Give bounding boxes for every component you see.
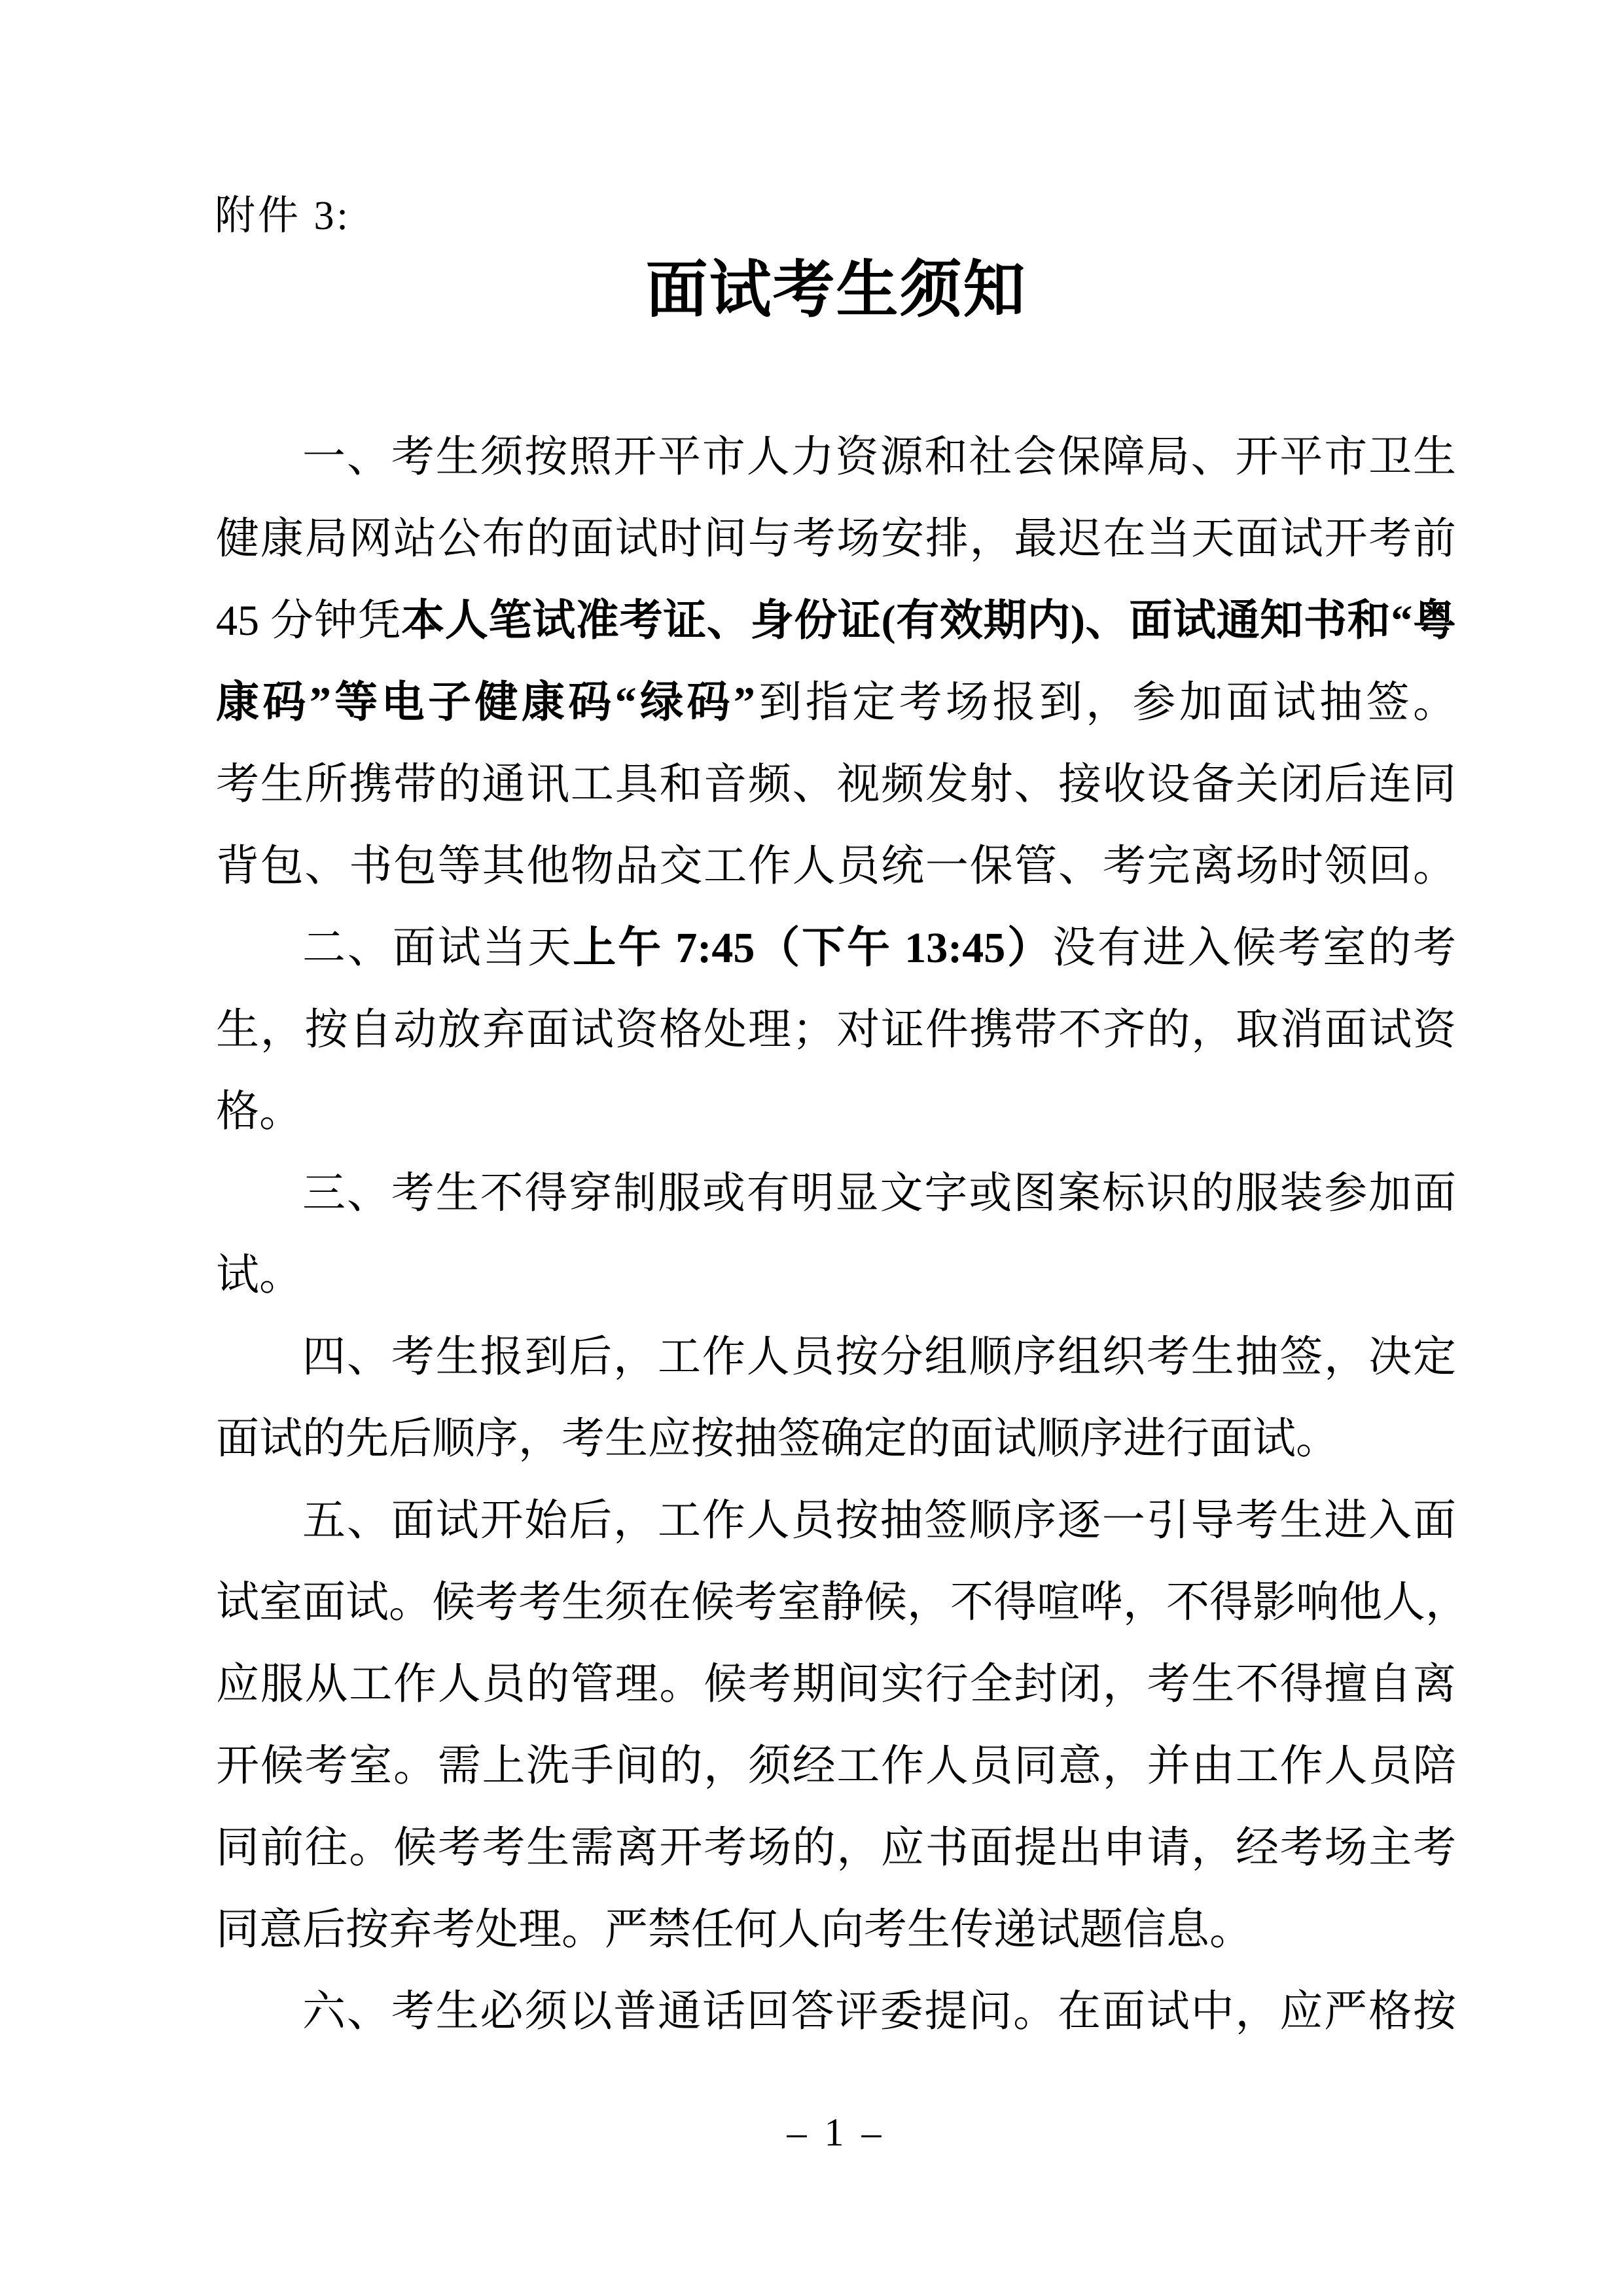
text-line: 生，按自动放弃面试资格处理；对证件携带不齐的，取消面试资 bbox=[216, 989, 1456, 1071]
text-line: 五、面试开始后，工作人员按抽签顺序逐一引导考生进入面 bbox=[216, 1480, 1456, 1562]
document-body: 一、考生须按照开平市人力资源和社会保障局、开平市卫生 健康局网站公布的面试时间与… bbox=[216, 416, 1456, 2053]
text-line: 二、面试当天上午 7:45（下午 13:45）没有进入候考室的考 bbox=[216, 907, 1456, 989]
attachment-label: 附件 3: bbox=[215, 192, 351, 240]
text-segment: 四、考生报到后，工作人员按分组顺序组织考生抽签，决定 bbox=[302, 1333, 1456, 1381]
text-line: 45 分钟凭本人笔试准考证、身份证(有效期内)、面试通知书和“粤 bbox=[216, 580, 1456, 662]
text-line: 试室面试。候考考生须在候考室静候，不得喧哗，不得影响他人， bbox=[216, 1562, 1456, 1643]
text-segment: 一、考生须按照开平市人力资源和社会保障局、开平市卫生 bbox=[302, 433, 1456, 481]
document-title: 面试考生须知 bbox=[216, 254, 1456, 326]
text-segment: 面试的先后顺序，考生应按抽签确定的面试顺序进行面试。 bbox=[216, 1415, 1339, 1463]
text-segment: 同意后按弃考处理。严禁任何人向考生传递试题信息。 bbox=[216, 1906, 1253, 1954]
text-segment: 试室面试。候考考生须在候考室静候，不得喧哗，不得影响他人， bbox=[216, 1579, 1469, 1626]
text-line: 六、考生必须以普通话回答评委提问。在面试中，应严格按 bbox=[216, 1971, 1456, 2053]
text-segment-bold: 本人笔试准考证、身份证(有效期内)、面试通知书和“粤 bbox=[401, 597, 1456, 645]
text-segment: 应服从工作人员的管理。候考期间实行全封闭，考生不得擅自离 bbox=[216, 1660, 1456, 1708]
text-segment: 三、考生不得穿制服或有明显文字或图案标识的服装参加面 bbox=[302, 1170, 1456, 1217]
text-line: 面试的先后顺序，考生应按抽签确定的面试顺序进行面试。 bbox=[216, 1398, 1456, 1480]
text-segment: 考生所携带的通讯工具和音频、视频发射、接收设备关闭后连同 bbox=[216, 761, 1456, 808]
text-line: 背包、书包等其他物品交工作人员统一保管、考完离场时领回。 bbox=[216, 825, 1456, 907]
text-segment: 五、面试开始后，工作人员按抽签顺序逐一引导考生进入面 bbox=[302, 1497, 1456, 1545]
text-line: 健康局网站公布的面试时间与考场安排，最迟在当天面试开考前 bbox=[216, 498, 1456, 580]
text-line: 应服从工作人员的管理。候考期间实行全封闭，考生不得擅自离 bbox=[216, 1643, 1456, 1725]
text-segment: 到指定考场报到，参加面试抽签。 bbox=[755, 679, 1456, 726]
text-line: 同意后按弃考处理。严禁任何人向考生传递试题信息。 bbox=[216, 1889, 1456, 1971]
text-line: 四、考生报到后，工作人员按分组顺序组织考生抽签，决定 bbox=[216, 1316, 1456, 1398]
text-segment-bold: 康码”等电子健康码“绿码” bbox=[216, 679, 755, 726]
text-line: 一、考生须按照开平市人力资源和社会保障局、开平市卫生 bbox=[216, 416, 1456, 498]
text-segment: 生，按自动放弃面试资格处理；对证件携带不齐的，取消面试资 bbox=[216, 1006, 1456, 1054]
text-line: 格。 bbox=[216, 1071, 1456, 1153]
text-line: 试。 bbox=[216, 1234, 1456, 1316]
text-segment: 格。 bbox=[216, 1088, 302, 1136]
text-segment: 背包、书包等其他物品交工作人员统一保管、考完离场时领回。 bbox=[216, 842, 1456, 890]
text-segment: 45 分钟凭 bbox=[216, 597, 401, 645]
text-line: 三、考生不得穿制服或有明显文字或图案标识的服装参加面 bbox=[216, 1153, 1456, 1234]
text-segment: 试。 bbox=[216, 1251, 302, 1299]
text-segment: 没有进入候考室的考 bbox=[1052, 924, 1456, 972]
text-line: 开候考室。需上洗手间的，须经工作人员同意，并由工作人员陪 bbox=[216, 1725, 1456, 1807]
text-segment: 六、考生必须以普通话回答评委提问。在面试中，应严格按 bbox=[302, 1988, 1456, 2036]
text-segment: 二、面试当天 bbox=[302, 924, 573, 972]
text-segment: 健康局网站公布的面试时间与考场安排，最迟在当天面试开考前 bbox=[216, 515, 1456, 563]
document-page: 附件 3: 面试考生须知 一、考生须按照开平市人力资源和社会保障局、开平市卫生 … bbox=[0, 0, 1623, 2296]
page-number: – 1 – bbox=[216, 2109, 1456, 2156]
text-line: 康码”等电子健康码“绿码”到指定考场报到，参加面试抽签。 bbox=[216, 662, 1456, 744]
text-segment: 同前往。候考考生需离开考场的，应书面提出申请，经考场主考 bbox=[216, 1824, 1456, 1872]
text-line: 考生所携带的通讯工具和音频、视频发射、接收设备关闭后连同 bbox=[216, 744, 1456, 825]
text-segment: 开候考室。需上洗手间的，须经工作人员同意，并由工作人员陪 bbox=[216, 1742, 1456, 1790]
text-segment-bold: 上午 7:45（下午 13:45） bbox=[573, 924, 1052, 972]
text-line: 同前往。候考考生需离开考场的，应书面提出申请，经考场主考 bbox=[216, 1807, 1456, 1889]
